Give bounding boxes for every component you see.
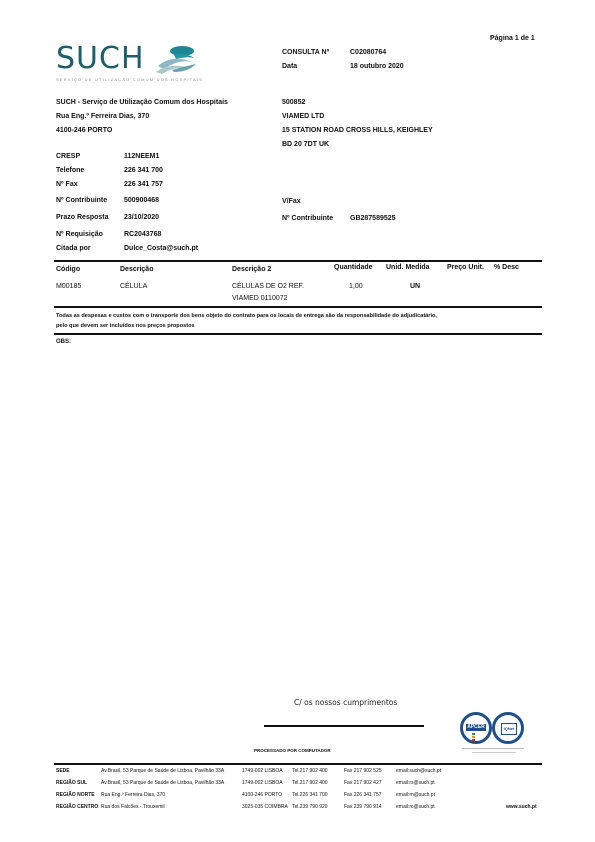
row-descricao: CÉLULA bbox=[120, 282, 147, 291]
obs-label: OBS: bbox=[56, 338, 71, 347]
footer-region: SEDE bbox=[56, 768, 70, 775]
data-label: Data bbox=[282, 62, 297, 71]
footer-website-link[interactable]: www.such.pt bbox=[506, 804, 537, 811]
col-quantidade: Quantidade bbox=[334, 263, 373, 272]
footer-region: REGIÃO SUL bbox=[56, 780, 87, 787]
table-top-rule bbox=[54, 260, 542, 262]
citada-label: Citada por bbox=[56, 244, 91, 253]
col-unid-medida: Unid. Medida bbox=[386, 263, 430, 272]
requisicao-value: RC2043768 bbox=[124, 230, 161, 239]
telefone-value: 226 341 700 bbox=[124, 166, 163, 175]
row-descricao2-line1: CÉLULAS DE O2 REF. bbox=[232, 282, 304, 291]
footer-postal: 4100-246 PORTO bbox=[242, 792, 282, 799]
row-unid: UN bbox=[410, 282, 420, 291]
supplier-address1: 15 STATION ROAD CROSS HILLS, KEIGHLEY bbox=[282, 126, 433, 135]
col-descricao2: Descrição 2 bbox=[232, 265, 271, 274]
fax-value: 226 341 757 bbox=[124, 180, 163, 189]
supplier-name: VIAMED LTD bbox=[282, 112, 324, 121]
footer-address: Rua Eng.º Ferreira Dias, 370 bbox=[101, 792, 165, 799]
supplier-code: 500852 bbox=[282, 98, 305, 107]
logo-waves-icon bbox=[152, 42, 200, 78]
footer-tel: Tel.226 341 700 bbox=[292, 792, 328, 799]
footer-tel: Tel.217 902 400 bbox=[292, 768, 328, 775]
footer-fax: Fax 226 341 757 bbox=[344, 792, 382, 799]
iqnet-seal-icon: IQNet bbox=[492, 712, 524, 744]
apcer-seal-icon: APCER bbox=[460, 712, 492, 744]
sender-address1: Rua Eng.º Ferreira Dias, 370 bbox=[56, 112, 149, 121]
supplier-contribuinte-value: GB287589525 bbox=[350, 214, 396, 223]
cresp-label: CRESP bbox=[56, 152, 80, 161]
sender-name: SUCH - Serviço de Utilização Comum dos H… bbox=[56, 98, 228, 107]
citada-value: Dulce_Costa@such.pt bbox=[124, 244, 198, 253]
vfax-label: V/Fax bbox=[282, 197, 301, 206]
footer-fax: Fax 217 902 525 bbox=[344, 768, 382, 775]
footer-email[interactable]: email:rn@such.pt bbox=[396, 792, 435, 799]
consulta-value: C02080764 bbox=[350, 48, 386, 57]
row-codigo: M00185 bbox=[56, 282, 81, 291]
footer-tel: Tel.239 790 920 bbox=[292, 804, 328, 811]
data-value: 18 outubro 2020 bbox=[350, 62, 404, 71]
col-desc: % Desc bbox=[494, 263, 519, 272]
certification-seals: APCER IQNet bbox=[458, 710, 528, 760]
footer-tel: Tel.217 902 400 bbox=[292, 780, 328, 787]
footer-postal: 1749-002 LISBOA bbox=[242, 768, 283, 775]
contribuinte-label: Nº Contribuinte bbox=[56, 196, 107, 205]
footer-email[interactable]: email:such@such.pt bbox=[396, 768, 441, 775]
footer-postal: 1749-002 LISBOA bbox=[242, 780, 283, 787]
col-descricao: Descrição bbox=[120, 265, 153, 274]
supplier-address2: BD 20 7DT UK bbox=[282, 140, 329, 149]
telefone-label: Telefone bbox=[56, 166, 84, 175]
page-indicator: Página 1 de 1 bbox=[490, 34, 535, 43]
footer-fax: Fax 217 902 427 bbox=[344, 780, 382, 787]
row-descricao2-line2: VIAMED 0110072 bbox=[232, 294, 288, 303]
consulta-label: CONSULTA Nº bbox=[282, 48, 329, 57]
contribuinte-value: 500900468 bbox=[124, 196, 159, 205]
notes-rule bbox=[54, 333, 542, 335]
footer-fax: Fax 239 790 914 bbox=[344, 804, 382, 811]
footer-email[interactable]: email:rc@such.pt bbox=[396, 804, 435, 811]
footer-region: REGIÃO NORTE bbox=[56, 792, 95, 799]
footer-address: Rua dos Falcões - Trouxemil bbox=[101, 804, 165, 811]
footer-rule bbox=[54, 763, 542, 765]
table-bottom-rule bbox=[54, 306, 542, 308]
footer-region: REGIÃO CENTRO bbox=[56, 804, 98, 811]
sender-address2: 4100-246 PORTO bbox=[56, 126, 112, 135]
col-preco-unit: Preço Unit. bbox=[447, 263, 484, 272]
prazo-value: 23/10/2020 bbox=[124, 213, 159, 222]
fax-label: Nº Fax bbox=[56, 180, 78, 189]
footer-postal: 3025-035 COIMBRA bbox=[242, 804, 288, 811]
requisicao-label: Nº Requisição bbox=[56, 230, 103, 239]
prazo-label: Prazo Resposta bbox=[56, 213, 109, 222]
transport-note-line1: Todas as despesas e custos com o transpo… bbox=[56, 312, 437, 321]
col-codigo: Código bbox=[56, 265, 80, 274]
transport-note-line2: pelo que devem ser incluídos nos preços … bbox=[56, 322, 195, 331]
row-quantidade: 1,00 bbox=[349, 282, 363, 291]
supplier-contribuinte-label: Nº Contribuinte bbox=[282, 214, 333, 223]
footer-address: Av.Brasil, 53 Parque de Saúde de Lisboa,… bbox=[101, 768, 224, 775]
closing-greeting: C/ os nossos cumprimentos bbox=[294, 698, 397, 707]
signature-line bbox=[264, 725, 424, 727]
such-logo: SUCH SERVIÇO DE UTILIZAÇÃO COMUM DOS HOS… bbox=[56, 44, 203, 82]
footer-address: Av.Brasil, 53 Parque de Saúde de Lisboa,… bbox=[101, 780, 224, 787]
footer-email[interactable]: email:rs@such.pt bbox=[396, 780, 435, 787]
cresp-value: 112NEEM1 bbox=[124, 152, 159, 161]
processed-by-computer: PROCESSADO POR COMPUTADOR bbox=[254, 748, 331, 753]
